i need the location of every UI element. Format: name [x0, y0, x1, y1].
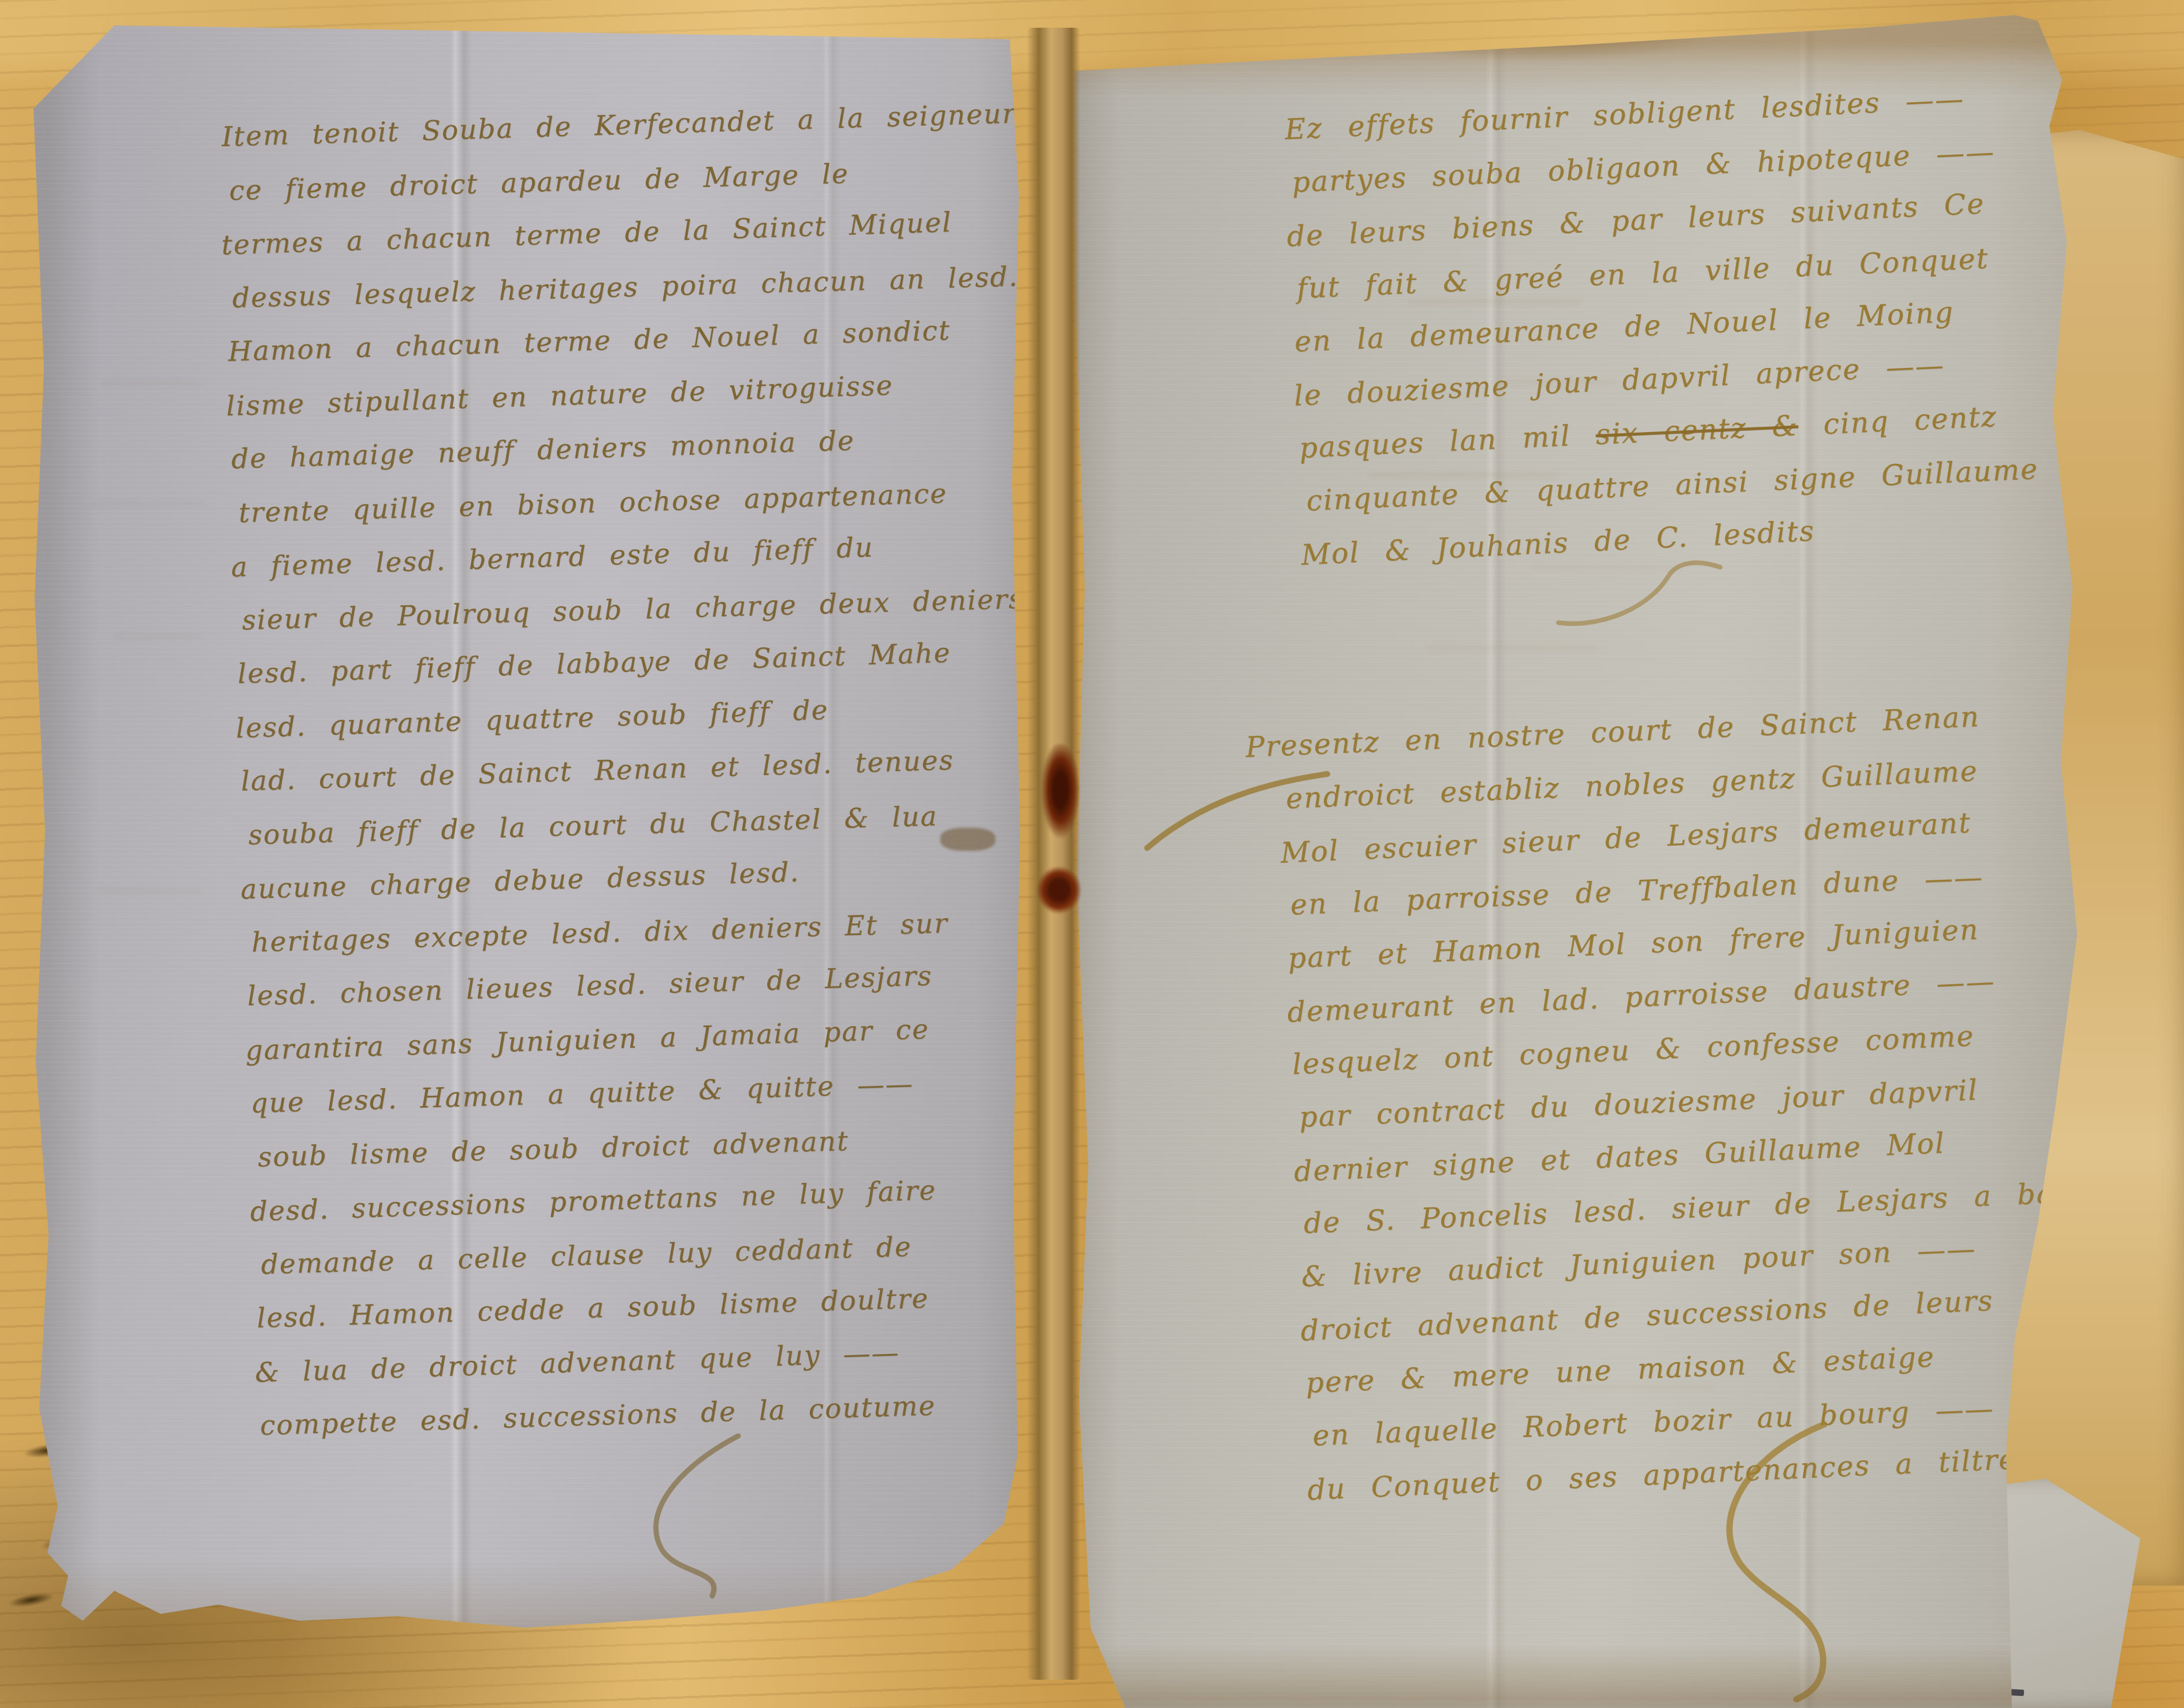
fold-ink-stain — [1037, 744, 1084, 859]
right-page-paragraph-2: Presentz en nostre court de Sainct Renan… — [1278, 696, 2111, 1526]
pen-flourish — [594, 1431, 779, 1616]
left-page-text-block: Item tenoit Souba de Kerfecandet a la se… — [221, 96, 1089, 1464]
wood-knot — [8, 1590, 55, 1610]
fold-ink-stain — [1035, 862, 1088, 918]
right-page: Ez effets fournir sobligent lesdites —— … — [1056, 10, 2116, 1708]
right-page-paragraph-1: Ez effets fournir sobligent lesdites —— … — [1284, 80, 2038, 591]
manuscript-photo: Ez effets fournir sobligent lesdites —— … — [0, 0, 2184, 1708]
left-page: Item tenoit Souba de Kerfecandet a la se… — [28, 22, 1047, 1635]
